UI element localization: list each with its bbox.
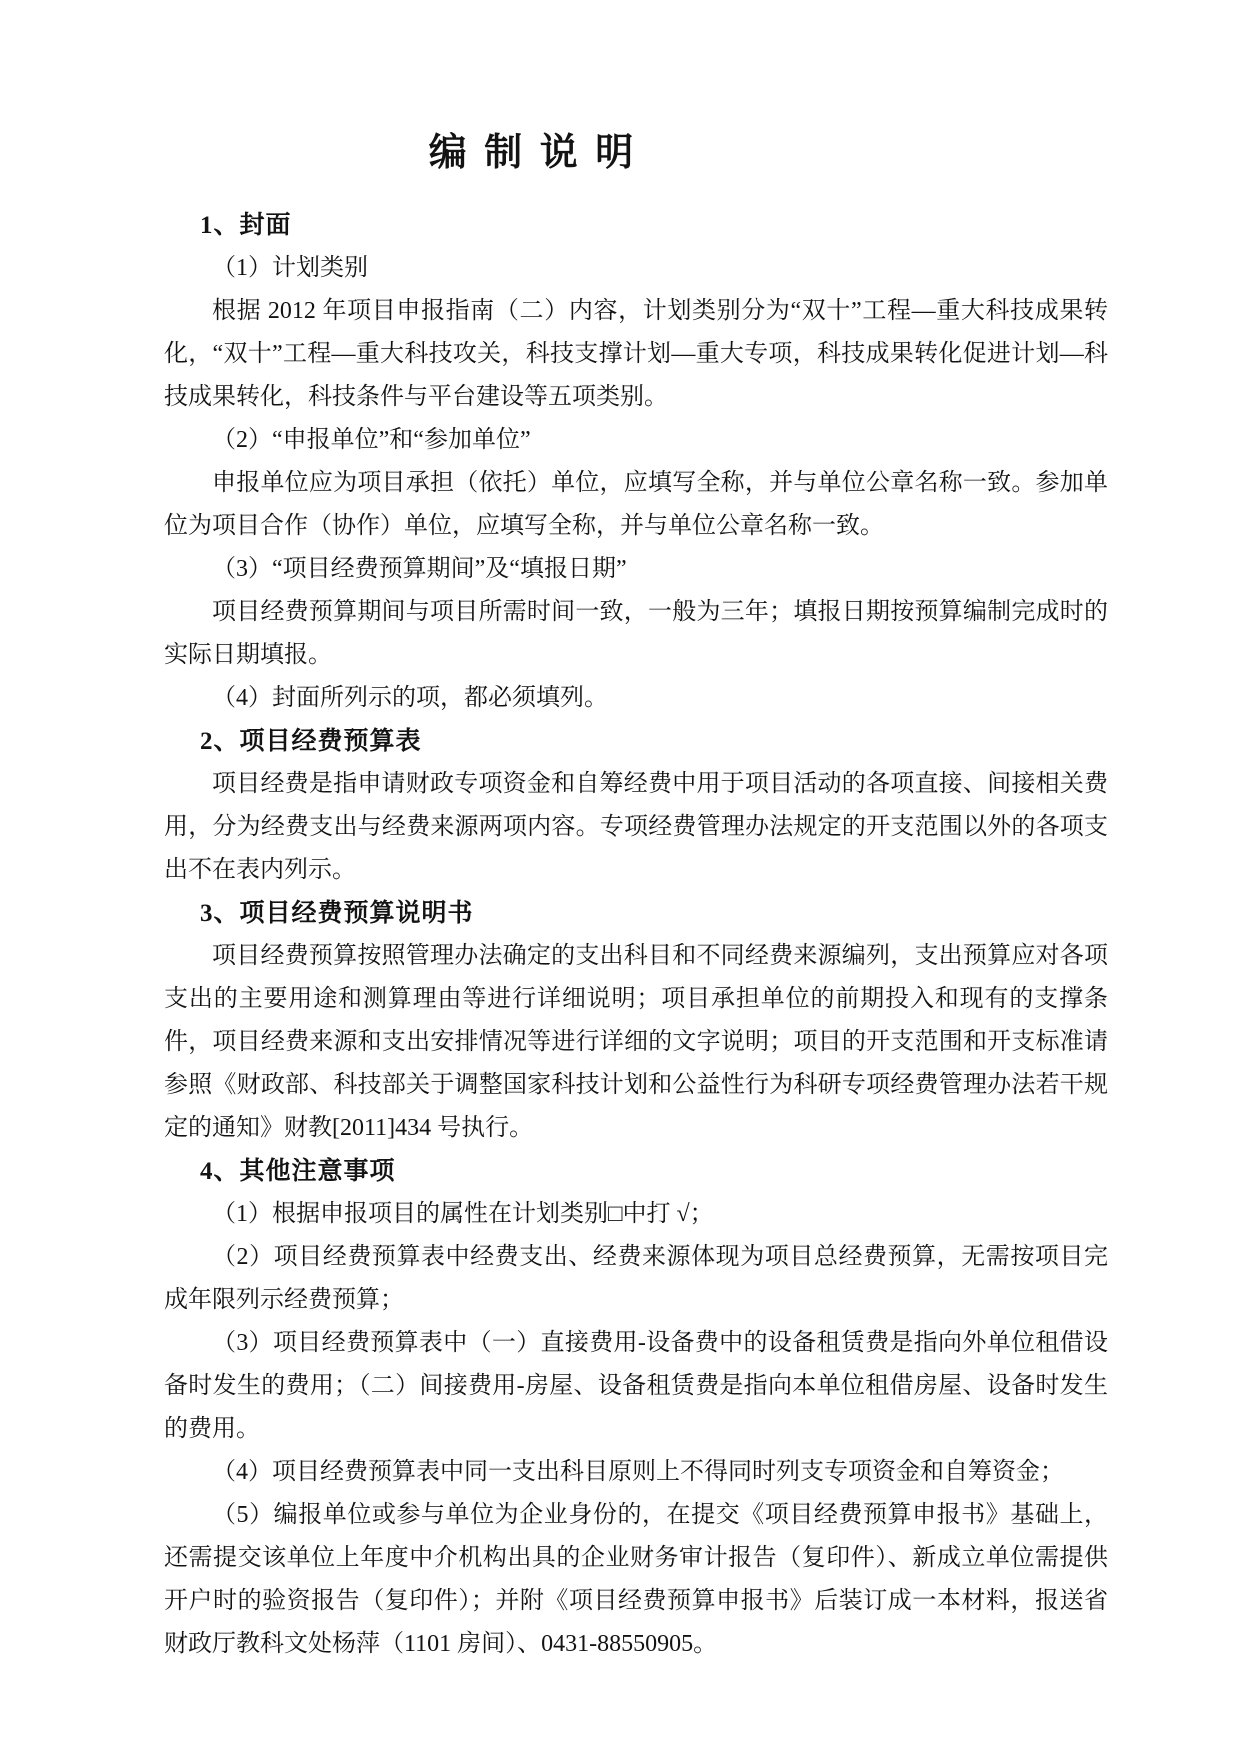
- section-3-heading: 3、项目经费预算说明书: [200, 892, 1108, 935]
- section-1-paragraph-3: 项目经费预算期间与项目所需时间一致，一般为三年；填报日期按预算编制完成时的实际日…: [164, 591, 1108, 677]
- section-3-paragraph-1: 项目经费预算按照管理办法确定的支出科目和不同经费来源编列，支出预算应对各项支出的…: [164, 935, 1108, 1150]
- section-4-item-1: （1）根据申报项目的属性在计划类别□中打 √；: [164, 1193, 1108, 1236]
- section-1-paragraph-1: 根据 2012 年项目申报指南（二）内容，计划类别分为“双十”工程—重大科技成果…: [164, 290, 1108, 419]
- document-title: 编 制 说 明: [0, 124, 1066, 182]
- section-1-heading: 1、封面: [200, 204, 1108, 247]
- section-2-paragraph-1: 项目经费是指申请财政专项资金和自筹经费中用于项目活动的各项直接、间接相关费用，分…: [164, 763, 1108, 892]
- section-4-item-5: （5）编报单位或参与单位为企业身份的，在提交《项目经费预算申报书》基础上，还需提…: [164, 1494, 1108, 1666]
- section-2-heading: 2、项目经费预算表: [200, 720, 1108, 763]
- document-body: 1、封面 （1）计划类别 根据 2012 年项目申报指南（二）内容，计划类别分为…: [164, 204, 1108, 1666]
- section-4-item-3: （3）项目经费预算表中（一）直接费用-设备费中的设备租赁费是指向外单位租借设备时…: [164, 1322, 1108, 1451]
- section-1-subhead-3: （3）“项目经费预算期间”及“填报日期”: [164, 548, 1108, 591]
- section-4-heading: 4、其他注意事项: [200, 1150, 1108, 1193]
- section-4-item-2: （2）项目经费预算表中经费支出、经费来源体现为项目总经费预算，无需按项目完成年限…: [164, 1236, 1108, 1322]
- section-1-paragraph-2: 申报单位应为项目承担（依托）单位，应填写全称，并与单位公章名称一致。参加单位为项…: [164, 462, 1108, 548]
- section-4-item-4: （4）项目经费预算表中同一支出科目原则上不得同时列支专项资金和自筹资金；: [164, 1451, 1108, 1494]
- section-1-subhead-4: （4）封面所列示的项，都必须填列。: [164, 677, 1108, 720]
- section-1-subhead-2: （2）“申报单位”和“参加单位”: [164, 419, 1108, 462]
- section-1-subhead-1: （1）计划类别: [164, 247, 1108, 290]
